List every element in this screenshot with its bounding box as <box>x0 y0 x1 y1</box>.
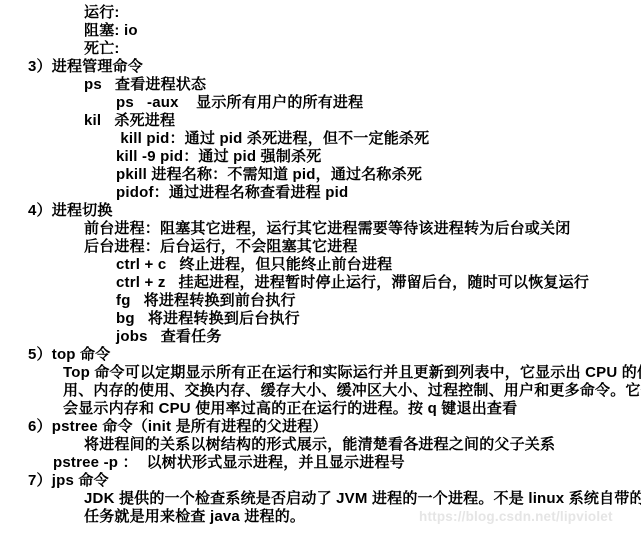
text-line: ps 查看进程状态 <box>0 76 641 94</box>
text-line: 4）进程切换 <box>0 202 641 220</box>
text-line: pidof：通过进程名称查看进程 pid <box>0 184 641 202</box>
text-line: kill -9 pid：通过 pid 强制杀死 <box>0 148 641 166</box>
document-page: { "page": { "background_color": "#ffffff… <box>0 0 641 540</box>
text-line: pstree -p ： 以树状形式显示进程，并且显示进程号 <box>0 454 641 472</box>
text-line: 阻塞: io <box>0 22 641 40</box>
text-line: pkill 进程名称：不需知道 pid，通过名称杀死 <box>0 166 641 184</box>
text-line: fg 将进程转换到前台执行 <box>0 292 641 310</box>
document-body: 运行:阻塞: io死亡:3）进程管理命令ps 查看进程状态ps -aux 显示所… <box>0 4 641 526</box>
text-line: ctrl + c 终止进程，但只能终止前台进程 <box>0 256 641 274</box>
text-line: 会显示内存和 CPU 使用率过高的正在运行的进程。按 q 键退出查看 <box>0 400 641 418</box>
text-line: ctrl + z 挂起进程，进程暂时停止运行，滞留后台，随时可以恢复运行 <box>0 274 641 292</box>
text-line: 任务就是用来检查 java 进程的。 <box>0 508 641 526</box>
text-line: 后台进程：后台运行，不会阻塞其它进程 <box>0 238 641 256</box>
text-line: JDK 提供的一个检查系统是否启动了 JVM 进程的一个进程。不是 linux … <box>0 490 641 508</box>
text-line: 3）进程管理命令 <box>0 58 641 76</box>
text-line: Top 命令可以定期显示所有正在运行和实际运行并且更新到列表中，它显示出 CPU… <box>0 364 641 382</box>
text-line: 前台进程：阻塞其它进程，运行其它进程需要等待该进程转为后台或关闭 <box>0 220 641 238</box>
text-line: 5）top 命令 <box>0 346 641 364</box>
text-line: 运行: <box>0 4 641 22</box>
text-line: kill pid：通过 pid 杀死进程，但不一定能杀死 <box>0 130 641 148</box>
text-line: 用、内存的使用、交换内存、缓存大小、缓冲区大小、过程控制、用户和更多命令。它也 <box>0 382 641 400</box>
text-line: 6）pstree 命令（init 是所有进程的父进程） <box>0 418 641 436</box>
text-line: kil 杀死进程 <box>0 112 641 130</box>
text-line: jobs 查看任务 <box>0 328 641 346</box>
text-line: 7）jps 命令 <box>0 472 641 490</box>
text-line: 死亡: <box>0 40 641 58</box>
text-line: bg 将进程转换到后台执行 <box>0 310 641 328</box>
text-line: ps -aux 显示所有用户的所有进程 <box>0 94 641 112</box>
text-line: 将进程间的关系以树结构的形式展示，能清楚看各进程之间的父子关系 <box>0 436 641 454</box>
